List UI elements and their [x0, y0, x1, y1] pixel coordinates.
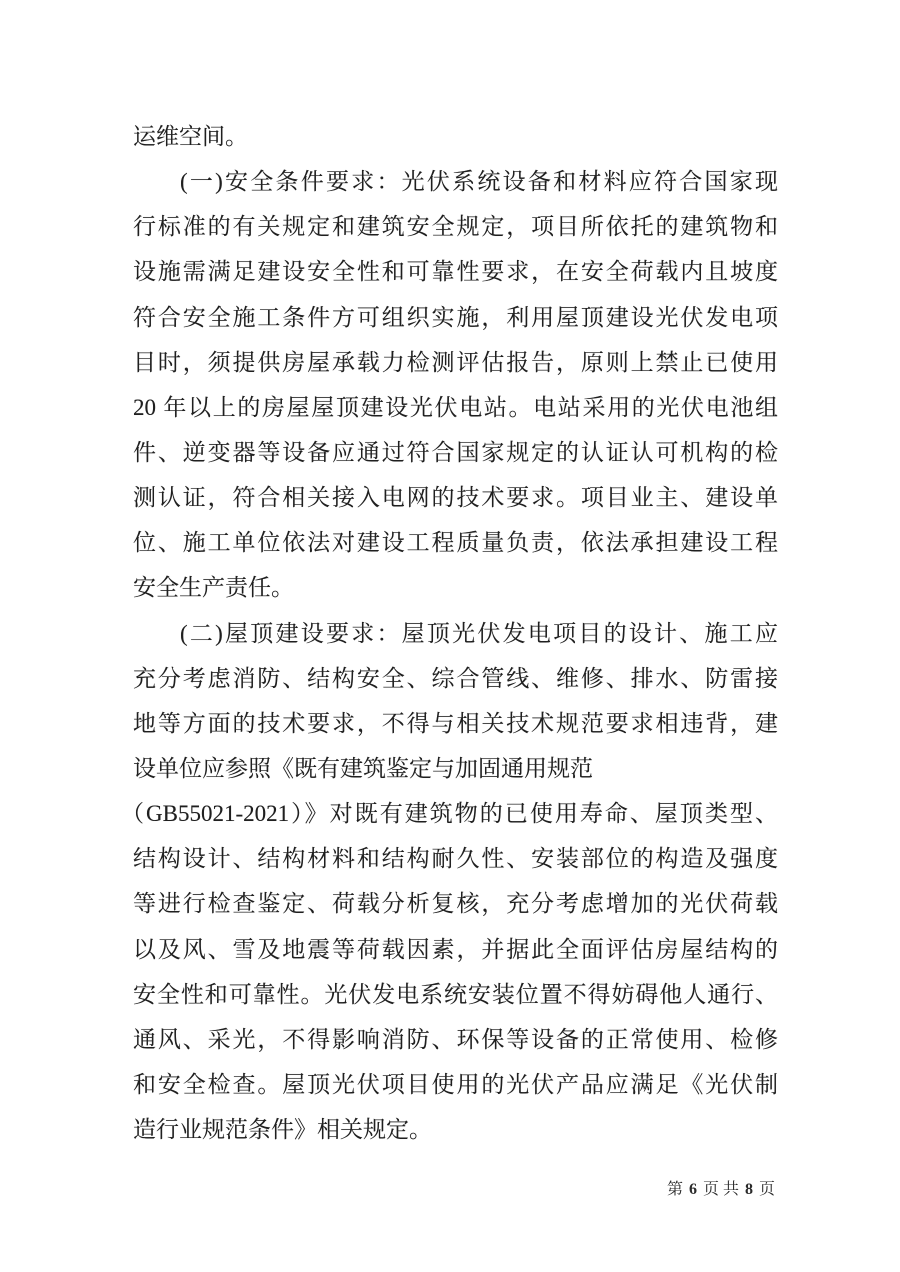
- text-line: 等进行检查鉴定、荷载分析复核，充分考虑增加的光伏荷载: [133, 881, 778, 926]
- text-line: 位、施工单位依法对建设工程质量负责，依法承担建设工程: [133, 520, 778, 565]
- text-line: (一)安全条件要求：光伏系统设备和材料应符合国家现: [133, 159, 778, 204]
- footer-middle: 页 共: [703, 1181, 739, 1198]
- text-line: 和安全检查。屋顶光伏项目使用的光伏产品应满足《光伏制: [133, 1062, 778, 1107]
- document-body: 运维空间。(一)安全条件要求：光伏系统设备和材料应符合国家现行标准的有关规定和建…: [133, 114, 778, 1152]
- text-line: 充分考虑消防、结构安全、综合管线、维修、排水、防雷接: [133, 656, 778, 701]
- footer-suffix: 页: [759, 1181, 775, 1198]
- page-footer: 第6页 共8页: [665, 1180, 777, 1200]
- text-line: 造行业规范条件》相关规定。: [133, 1107, 778, 1152]
- text-line: 件、逆变器等设备应通过符合国家规定的认证认可机构的检: [133, 430, 778, 475]
- text-line: 设单位应参照《既有建筑鉴定与加固通用规范: [133, 746, 778, 791]
- footer-page-number: 6: [689, 1181, 697, 1198]
- text-line: 行标准的有关规定和建筑安全规定，项目所依托的建筑物和: [133, 204, 778, 249]
- text-line: 安全生产责任。: [133, 565, 778, 610]
- text-line: 20 年以上的房屋屋顶建设光伏电站。电站采用的光伏电池组: [133, 385, 778, 430]
- text-line: 符合安全施工条件方可组织实施，利用屋顶建设光伏发电项: [133, 295, 778, 340]
- text-line: 结构设计、结构材料和结构耐久性、安装部位的构造及强度: [133, 836, 778, 881]
- footer-total-pages: 8: [745, 1181, 753, 1198]
- text-line: 测认证，符合相关接入电网的技术要求。项目业主、建设单: [133, 475, 778, 520]
- text-line: 设施需满足建设安全性和可靠性要求，在安全荷载内且坡度: [133, 249, 778, 294]
- footer-prefix: 第: [667, 1181, 683, 1198]
- document-page: 运维空间。(一)安全条件要求：光伏系统设备和材料应符合国家现行标准的有关规定和建…: [0, 0, 900, 1272]
- text-line: 目时，须提供房屋承载力检测评估报告，原则上禁止已使用: [133, 340, 778, 385]
- text-line: （GB55021-2021）》对既有建筑物的已使用寿命、屋顶类型、: [121, 791, 778, 836]
- text-line: 以及风、雪及地震等荷载因素，并据此全面评估房屋结构的: [133, 927, 778, 972]
- text-line: (二)屋顶建设要求：屋顶光伏发电项目的设计、施工应: [133, 611, 778, 656]
- text-line: 通风、采光，不得影响消防、环保等设备的正常使用、检修: [133, 1017, 778, 1062]
- text-line: 运维空间。: [133, 114, 778, 159]
- text-line: 安全性和可靠性。光伏发电系统安装位置不得妨碍他人通行、: [133, 972, 778, 1017]
- text-line: 地等方面的技术要求，不得与相关技术规范要求相违背，建: [133, 701, 778, 746]
